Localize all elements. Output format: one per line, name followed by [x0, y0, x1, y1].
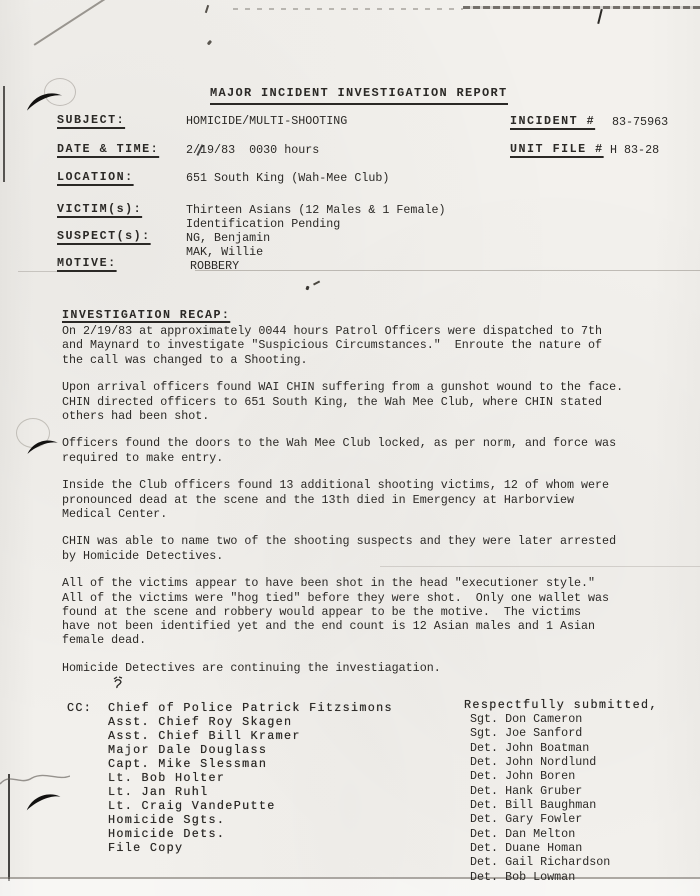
submitted-name-item: Det. Hank Gruber — [470, 784, 610, 798]
top-edge-dashed-line-left — [233, 8, 463, 10]
paper-crease-line-upper-left — [18, 271, 66, 272]
diagonal-scratch-mark — [34, 0, 132, 45]
submitted-name-item: Sgt. Joe Sanford — [470, 726, 610, 740]
submitted-name-item: Sgt. Don Cameron — [470, 712, 610, 726]
suspects-value: NG, Benjamin MAK, Willie — [186, 231, 270, 259]
location-value: 651 South King (Wah-Mee Club) — [186, 171, 389, 185]
subject-value: HOMICIDE/MULTI-SHOOTING — [186, 114, 347, 128]
punch-crescent-mark-bottom — [24, 791, 64, 814]
motive-value: ROBBERY — [190, 259, 239, 273]
submitted-name-item: Det. Dan Melton — [470, 827, 610, 841]
cc-list-item: Lt. Bob Holter — [108, 771, 393, 785]
cc-list-item: Major Dale Douglass — [108, 743, 393, 757]
submitted-name-item: Det. John Boren — [470, 769, 610, 783]
unit-file-value: H 83-28 — [610, 143, 659, 157]
cc-list-item: File Copy — [108, 841, 393, 855]
recap-paragraph: On 2/19/83 at approximately 0044 hours P… — [62, 324, 694, 367]
punch-crescent-mark-top — [25, 89, 65, 114]
scanned-report-page: MAJOR INCIDENT INVESTIGATION REPORT SUBJ… — [0, 0, 700, 896]
cc-list-item: Chief of Police Patrick Fitzsimons — [108, 701, 393, 715]
submitted-name-item: Det. John Nordlund — [470, 755, 610, 769]
submitted-name-item: Det. Bill Baughman — [470, 798, 610, 812]
recap-paragraph: Officers found the doors to the Wah Mee … — [62, 436, 694, 464]
top-edge-dashed-line-right — [463, 6, 700, 9]
incident-number-label: INCIDENT # — [510, 114, 595, 128]
cc-list-item: Homicide Dets. — [108, 827, 393, 841]
recap-paragraph: All of the victims appear to have been s… — [62, 576, 694, 647]
cc-list-item: Homicide Sgts. — [108, 813, 393, 827]
binder-ring-outline-middle — [16, 418, 50, 448]
suspects-label: SUSPECT(s): — [57, 229, 151, 243]
cc-list-item: Capt. Mike Slessman — [108, 757, 393, 771]
submitted-name-item: Det. Gail Richardson — [470, 855, 610, 869]
investigation-recap-section: INVESTIGATION RECAP: On 2/19/83 at appro… — [62, 308, 694, 689]
report-title: MAJOR INCIDENT INVESTIGATION REPORT — [210, 86, 508, 105]
scratch-dot-mark — [207, 40, 212, 45]
submitted-name-item: Det. Duane Homan — [470, 841, 610, 855]
unit-file-label: UNIT FILE # — [510, 142, 604, 156]
incident-number-value: 83-75963 — [612, 115, 668, 129]
date-time-value: 2/19/83 0030 hours — [186, 143, 319, 157]
cc-list-item: Lt. Craig VandePutte — [108, 799, 393, 813]
recap-heading: INVESTIGATION RECAP: — [62, 308, 694, 322]
cc-list-item: Lt. Jan Ruhl — [108, 785, 393, 799]
ink-dot-mark — [305, 286, 309, 291]
location-label: LOCATION: — [57, 170, 134, 184]
ink-tick-mark — [313, 280, 320, 285]
motive-label: MOTIVE: — [57, 256, 117, 270]
cc-list-item: Asst. Chief Bill Kramer — [108, 729, 393, 743]
victims-value: Thirteen Asians (12 Males & 1 Female) Id… — [186, 203, 446, 231]
wavy-scratch-line — [0, 770, 70, 788]
left-edge-line-bottom — [8, 774, 10, 881]
submitted-name-item: Det. John Boatman — [470, 741, 610, 755]
submitted-name-item: Det. Bob Lowman — [470, 870, 610, 884]
submitted-names-list: Sgt. Don Cameron Sgt. Joe Sanford Det. J… — [470, 712, 610, 884]
submitted-heading: Respectfully submitted, — [464, 698, 658, 712]
recap-paragraph: Upon arrival officers found WAI CHIN suf… — [62, 380, 694, 423]
cc-distribution-list: Chief of Police Patrick Fitzsimons Asst.… — [108, 701, 393, 856]
victims-label: VICTIM(s): — [57, 202, 142, 216]
subject-label: SUBJECT: — [57, 113, 125, 127]
cc-list-item: Asst. Chief Roy Skagen — [108, 715, 393, 729]
recap-paragraph: CHIN was able to name two of the shootin… — [62, 534, 694, 562]
punch-crescent-mark-middle — [26, 438, 59, 458]
binder-ring-outline-top — [44, 78, 76, 106]
date-time-label: DATE & TIME: — [57, 142, 159, 156]
scratch-tick-mark — [205, 5, 209, 13]
recap-paragraph: Homicide Detectives are continuing the i… — [62, 661, 694, 675]
pen-slash-mark — [597, 9, 603, 24]
cc-label: CC: — [67, 701, 92, 715]
paper-crease-line-upper — [195, 270, 700, 271]
left-edge-line-top — [3, 86, 5, 182]
recap-paragraph: Inside the Club officers found 13 additi… — [62, 478, 694, 521]
submitted-name-item: Det. Gary Fowler — [470, 812, 610, 826]
